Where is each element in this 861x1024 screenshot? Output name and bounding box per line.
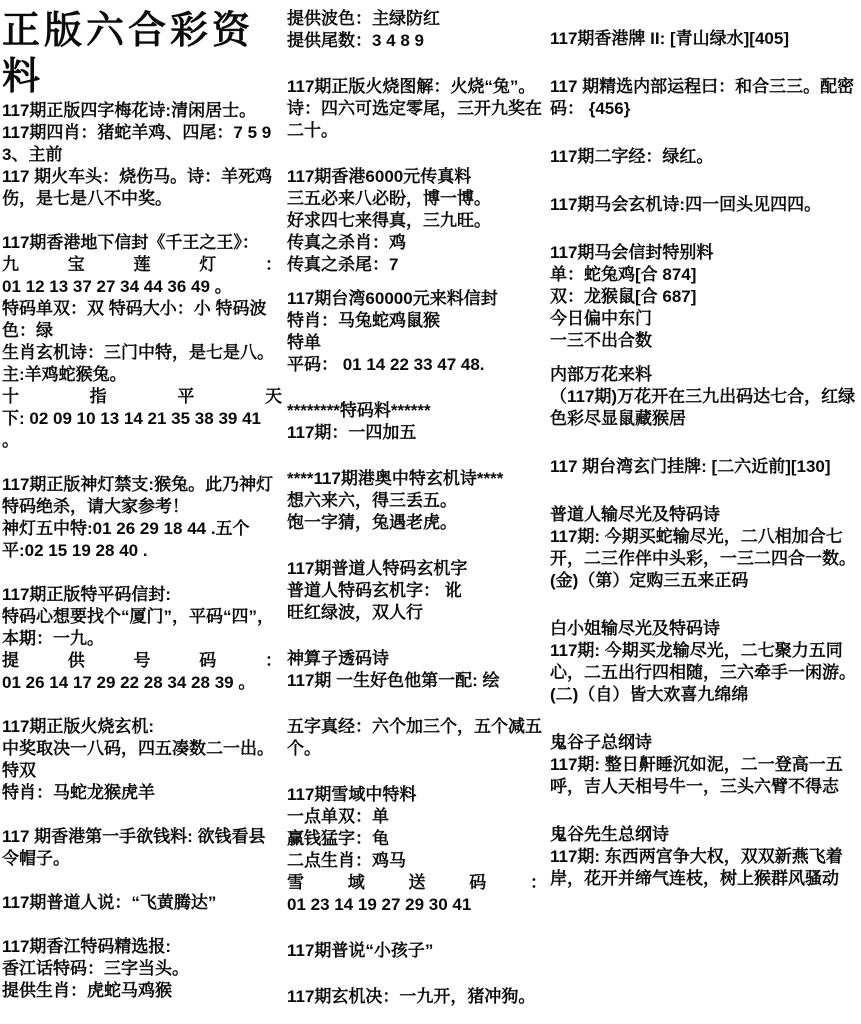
info-block-mahui-envelope: 117期马会信封特别料 单：蛇兔鸡[合 874] 双：龙猴鼠[合 687] 今日… [550,242,856,352]
info-block-huoshao-xuanji: 117期正版火烧玄机: 中奖取决一八码，四五凑数二一出。 特双 特肖：马蛇龙猴虎… [2,716,282,804]
info-block-wanhua: 内部万花来料 （117期)万花开在三九出码达七合，红绿色彩尽显鼠藏猴居 [550,364,856,430]
info-block-gangao-poem: ****117期港奥中特玄机诗**** 想六来六，得三丢五。 饱一字猜，兔遇老虎… [287,468,547,534]
page-title: 正版六合彩资料 [2,8,282,100]
info-block-yuqianliao: 117 期香港第一手欲钱料: 欲钱看县令帽子。 [2,826,282,870]
info-block-tepingma: 117期正版特平码信封: 特码心想要找个“厦门”，平码“四”，本期：一九。 [2,584,282,650]
info-block-xuanjijue: 117期玄机决：一九开，猪冲狗。 [287,986,547,1008]
info-block-shendeng: 117期正版神灯禁支:猴兔。此乃神灯特码绝杀，请大家参考！ 神灯五中特:01 2… [2,474,282,562]
info-block-xiangjiang: 117期香江特码精选报: 香江话特码：三字当头。 提供生肖：虎蛇马鸡猴 [2,936,282,1002]
info-block-jiubaoliandeng: 九宝莲灯： [2,254,282,276]
column-right: 117期香港牌 II: [青山绿水][405] 117 期精选内部运程曰：和合三… [550,28,856,890]
info-block-wuzizhenjing: 五字真经：六个加三个，五个减五个。 [287,716,547,760]
info-block-numbers-4: 01 23 14 19 27 29 30 41 [287,894,547,916]
info-block-xueyusongma: 雪域送码： [287,872,547,894]
info-block-hk-pai2: 117期香港牌 II: [青山绿水][405] [550,28,856,50]
lottery-info-sheet: 正版六合彩资料 117期正版四字梅花诗:清闲居士。 117期四肖：猪蛇羊鸡、四尾… [0,0,861,1024]
info-block-xueyu: 117期雪域中特料 一点单双：单 赢钱猛字：龟 二点生肖：鸡马 [287,784,547,872]
info-block-taiwan60000: 117期台湾60000元来料信封 特肖：马兔蛇鸡鼠猴 特单 平码： 01 14 … [287,288,547,376]
info-block-tigonghaoma: 提供号码： [2,650,282,672]
info-block-pudaoren-char: 117期普道人特码玄机字 普道人特码玄机字： 讹 旺红绿波，双人行 [287,558,547,624]
info-block-huoshao-tujie: 117期正版火烧图解：火烧“兔”。诗：四六可选定零尾，三开九奖在二十。 [287,76,547,142]
info-block-huochetou: 117 期火车头：烧伤马。诗：羊死鸡伤，是七是八不中奖。 [2,166,282,210]
info-block-mahui-poem: 117期马会玄机诗:四一回头见四四。 [550,194,856,216]
info-block-xuanmen-guapai: 117 期台湾玄门挂牌: [二六近前][130] [550,456,856,478]
info-block-hk6000-fax: 117期香港6000元传真料 三五必来八必盼，博一博。 好求四七来得真，三九旺。… [287,166,547,276]
info-block-pudaoren-said: 117期普道人说：“飞黄腾达” [2,892,282,914]
clipped-text-line: · ·· ·· · · ···· [550,354,856,364]
info-block-pushuo: 117期普说“小孩子” [287,940,547,962]
info-block-bose-weishu: 提供波色：主绿防红 提供尾数：3 4 8 9 [287,8,547,52]
column-left: 正版六合彩资料 117期正版四字梅花诗:清闲居士。 117期四肖：猪蛇羊鸡、四尾… [2,8,282,1002]
column-middle: 提供波色：主绿防红 提供尾数：3 4 8 9 117期正版火烧图解：火烧“兔”。… [287,8,547,1008]
info-block-meihua-poem: 117期正版四字梅花诗:清闲居士。 117期四肖：猪蛇羊鸡、四尾：7 5 9 3… [2,100,282,166]
info-block-yuncheng: 117 期精选内部运程曰：和合三三。配密码： {456} [550,76,856,120]
info-block-guigu-xiansheng: 鬼谷先生总纲诗 117期: 东西两宫争大权，双双新燕飞着岸，花开并缔气连枝，树上… [550,824,856,890]
info-block-numbers-3: 01 26 14 17 29 22 28 34 28 39 。 [2,672,282,694]
info-block-baixiaojie: 白小姐输尽光及特码诗 117期: 今期买龙输尽光，二七聚力五同心，二五出行四相随… [550,618,856,706]
info-block-hk-envelope: 117期香港地下信封《千王之王》： [2,232,282,254]
clipped-text-line: - · - - · - - · - · - - [287,278,547,288]
info-block-guiguzi: 鬼谷子总纲诗 117期: 整日鼾睡沉如泥，二一登高一五呼，吉人天相号牛一，三头六… [550,732,856,798]
info-block-pudaoren-shujin: 普道人输尽光及特码诗 117期: 今期买蛇输尽光，二八相加合七开，二三作伴中头彩… [550,504,856,592]
info-block-shensuanzi: 神算子透码诗 117期 一生好色他第一配: 绘 [287,648,547,692]
info-block-shizhipingtian: 十指平天 [2,386,282,408]
info-block-tema-attrs: 特码单双：双 特码大小：小 特码波色：绿 生肖玄机诗：三门中特，是七是八。 主:… [2,298,282,386]
info-block-numbers-2: 下: 02 09 10 13 14 21 35 38 39 41 。 [2,408,282,452]
info-block-numbers-1: 01 12 13 37 27 34 44 36 49 。 [2,276,282,298]
info-block-temaliao: ********特码料****** 117期：一四加五 [287,400,547,444]
info-block-erzijing: 117期二字经：绿红。 [550,146,856,168]
